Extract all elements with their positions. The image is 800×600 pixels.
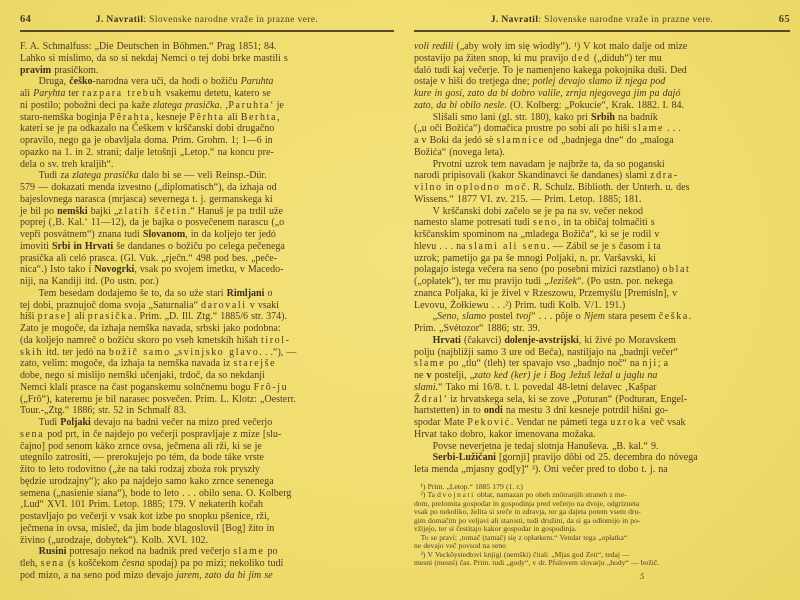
text-line: V krščanski dobi začelo se je pa na sv. … [414, 206, 790, 218]
text-line: daló tudi kaj večerje. To je namenjeno k… [414, 65, 790, 77]
text-line: Tour.-„Ztg.“ 1886; str. 52 in Schmalf 83… [20, 405, 394, 417]
text-line: Ždral‘ iz hrvatskega sela, ki se zove „P… [414, 394, 790, 406]
text-line: bajeslovnega narasca (mrjasca) severnega… [20, 194, 394, 206]
text-line: Tem besedam dodajemo še to, da so uže st… [20, 288, 394, 300]
text-line: ali Paryhta ter razpara trebuh vsakemu d… [20, 88, 394, 100]
book-scan: 64 J. Navratil: Slovenske narodne vraže … [0, 0, 800, 600]
text-line: Tudi za zlatega prasička dalo bi se — ve… [20, 170, 394, 182]
text-line: spodar Mate Peković. Vendar ne pámeti te… [414, 417, 790, 429]
text-line: tej dobi, praznujoč doma svoja „Saturnal… [20, 300, 394, 312]
text-line: („opłatek“), ter mu pravijo tudi „Jeziše… [414, 276, 790, 288]
text-line: pravim prasičkom. [20, 65, 394, 77]
page-number-left: 64 [20, 14, 54, 25]
text-line: a v Boki da jedó sè slamnice od „badnjeg… [414, 135, 790, 147]
text-line: będzie urodzajny“); ako pa najdejo samo … [20, 476, 394, 488]
text-line: ne v postelji, „zato ked (ker) je i Bog … [414, 370, 790, 382]
text-line: Serbi-Lužičani [gornji] pravijo dôbi od … [414, 452, 790, 464]
text-line: dela o sv. treh kraljih“. [20, 159, 394, 171]
text-line: živino („urodzaje, dobytek“). Kolb. XVI.… [20, 535, 394, 547]
text-line: Tudi Poljaki devajo na badni večer na mi… [20, 417, 394, 429]
text-line: Prim. „Svétozor“ 1886; str. 39. [414, 323, 790, 335]
text-line: Božića“ (novega leta). [414, 147, 790, 159]
text-line: opravilo, nego ga je obavljala doma. Pri… [20, 135, 394, 147]
text-line: imoviti Srbi in Hrvati še dandanes o bož… [20, 241, 394, 253]
text-line: Hrvat tako dobro, kakor imenovana možaka… [414, 429, 790, 441]
text-line: utegnilo zatrositi, — prerokujejo po tém… [20, 452, 394, 464]
text-line: leta menda „mjasny god[y]“ ³). Oni večer… [414, 464, 790, 476]
text-line: zato, velim: mogoče, da izhaja ta nemška… [20, 358, 394, 370]
text-line: tleh, sena (s koščekom česna spodaj) pa … [20, 558, 394, 570]
text-line: ‚Lud“ XVI. 101 Prim. Letop. 1885; 179. V… [20, 499, 394, 511]
text-line: nica“.) Isto tako i Novogrki, vsak po sv… [20, 264, 394, 276]
text-line: hiši prase] ali prasička. Prim. „D. Ill.… [20, 311, 394, 323]
text-line: namesto slame potresati tudi seno, in ta… [414, 217, 790, 229]
text-line: slame po „tlu“ (tleh) ter spavajo vso „b… [414, 358, 790, 370]
text-line: slami.“ Tako mi 16/8. t. l. povedal 48-l… [414, 382, 790, 394]
text-line: Druga, češko-narodna vera uči, da hodi o… [20, 76, 394, 88]
text-line: Hrvati (čakavci) dolenje-avstrijski, ki … [414, 335, 790, 347]
text-line: uzrok; pametijo ga pa še mnogi Poljaki, … [414, 253, 790, 265]
page-65-running-header: J. Navratil: Slovenske narodne vraže in … [414, 14, 790, 32]
text-line: znanca Poljaka, ki je živel v Rzeszowu, … [414, 288, 790, 300]
text-line: prasíčka ali celó prasca. (Gl. Vuk. „rje… [20, 253, 394, 265]
page-number-right: 65 [756, 14, 790, 25]
text-line: Nemci klali prasce na čast poganskemu so… [20, 382, 394, 394]
text-line: postavljajo po večerji v vsak kot izbe p… [20, 511, 394, 523]
text-line: (da koljejo namreč o božiću skoro po vse… [20, 335, 394, 347]
text-line: („Frô“), kateremu je bil narasec posveče… [20, 394, 394, 406]
text-line: Levovu, Żołkiewu . . .²) Prim. tudi Kolb… [414, 300, 790, 312]
text-line: Wissens.“ 1877 VI. zv. 215. — Prim. Leto… [414, 194, 790, 206]
text-line: F. A. Schmalfuss: „Die Deutschen in Böhm… [20, 41, 394, 53]
text-line: kateri se je pa odkazalo na Češkem v krš… [20, 123, 394, 135]
text-line: semena („nasienie siana“), bode to leto … [20, 488, 394, 500]
text-line: kure in gosí, zato da bi dobro valile, z… [414, 88, 790, 100]
signature-mark: 5 [414, 571, 790, 581]
page-64-running-header: 64 J. Navratil: Slovenske narodne vraže … [20, 14, 394, 32]
text-line: Slišali smo lani (gl. str. 180), kako pr… [414, 112, 790, 124]
page-64: 64 J. Navratil: Slovenske narodne vraže … [20, 14, 394, 582]
page-65: J. Navratil: Slovenske narodne vraže in … [414, 14, 790, 581]
text-line: hlevu . . . na slami ali senu. — Zábil s… [414, 241, 790, 253]
text-line: („u oči Božića“) domačica prostre po sob… [414, 123, 790, 135]
text-line: vepři posvátnem“) znana tudi Slovanom, i… [20, 229, 394, 241]
text-line: vilno in oplodno moč. R. Schulz. Bibliot… [414, 182, 790, 194]
text-line: Zato je mogoče, da izhaja nemška navada,… [20, 323, 394, 335]
text-line: je bil po nemški bajki „zlatíh ščetin.“ … [20, 206, 394, 218]
text-line: zato, da bi obilo nesle. (O. Kolberg: „P… [414, 100, 790, 112]
text-line: opazko na 1. in 2. strani; dalje letošnj… [20, 147, 394, 159]
text-line: ostaje v hiši do tretjega dne; potlej de… [414, 76, 790, 88]
text-line: hartstetten) in to ondi na mestu 3 dni k… [414, 405, 790, 417]
text-line: voli redili („aby woły im się wiodły“). … [414, 41, 790, 53]
text-line: postavijo pa žiten snop, ki mu pravijo d… [414, 53, 790, 65]
text-line: narodi pripisovali (kakor Skandinavci še… [414, 170, 790, 182]
text-line: Prvotni uzrok tem navadam je najbrže ta,… [414, 159, 790, 171]
text-line: staro-nemška boginja Pĕrahta, kesneje Pĕ… [20, 112, 394, 124]
text-line: dobe, nego si mislijo nemški učenjaki, t… [20, 370, 394, 382]
text-line: ječmena in ovsa, misleč, da jim bode bla… [20, 523, 394, 535]
text-line: Rusini potresajo nekod na badnik pred ve… [20, 546, 394, 558]
text-line: 579 — dokazati menda izvestno („diplomat… [20, 182, 394, 194]
text-line: žito to leto rodovitno („że na taki rodz… [20, 464, 394, 476]
text-line: Lahko si mislimo, da so si nekdaj Nemci … [20, 53, 394, 65]
text-line: skih itd. ter jedó na božič samo „svinjs… [20, 347, 394, 359]
page-64-body-text: F. A. Schmalfuss: „Die Deutschen in Böhm… [20, 41, 394, 582]
running-title-left: J. Navratil: Slovenske narodne vraže in … [54, 15, 360, 25]
text-line: pod mizo, a na seno pod mizo devajo jare… [20, 570, 394, 582]
text-line: polagajo istega večera na seno (po poseb… [414, 264, 790, 276]
text-line: „Seno, slamo postel tvoj“ . . . pôje o N… [414, 311, 790, 323]
text-line: krščanskim spominom na „mladega Božiča“,… [414, 229, 790, 241]
text-line: sena pod prt, in če najdejo po večerji p… [20, 429, 394, 441]
text-line: čajno] pod senom kàko zrnce ovsa, ječmen… [20, 441, 394, 453]
running-title-right: J. Navratil: Slovenske narodne vraže in … [448, 15, 756, 25]
text-line: polju (najbližji samo 3 ure od Beča), na… [414, 347, 790, 359]
text-line: ni postilo; pobožni deci pa kaže zlatega… [20, 100, 394, 112]
text-line: niji, na Kandiji itd. (Po ustn. por.) [20, 276, 394, 288]
text-line: poprej (‚B. Kal.‘ 11—12), da je bajka o … [20, 217, 394, 229]
page-65-footnotes: ¹) Prim. „Letop.“ 1885 179 (1. r.) ²) Ta… [414, 483, 790, 568]
text-line: mesni (mesni) čas. Prim. tudi „gody“, v … [414, 559, 790, 568]
page-65-body-text: voli redili („aby woły im się wiodły“). … [414, 41, 790, 476]
text-line: Povse neverjetna je tedaj slotnja Hanuše… [414, 441, 790, 453]
